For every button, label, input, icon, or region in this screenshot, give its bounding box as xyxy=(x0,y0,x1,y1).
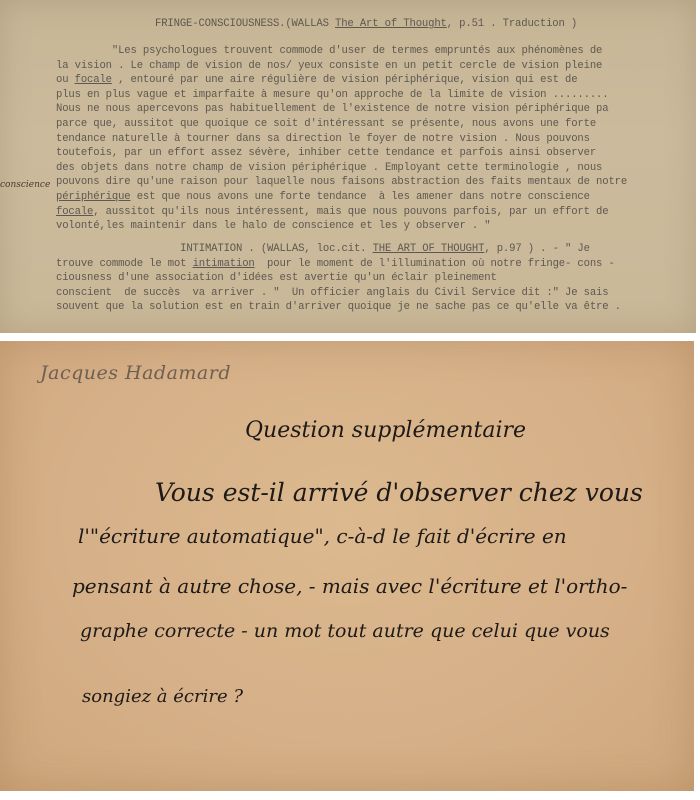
typed-line: toutefois, par un effort assez sévère, i… xyxy=(56,146,627,161)
title-book: The Art of Thought xyxy=(335,18,447,30)
underlined-title: THE ART OF THOUGHT xyxy=(373,243,485,255)
typed-line-part: est que nous avons une forte tendance à … xyxy=(131,191,590,203)
typed-line-part: trouve commode le mot xyxy=(56,258,193,270)
typed-line-part: , p.97 ) . - " Je xyxy=(484,243,590,255)
handwritten-line: songiez à écrire ? xyxy=(82,686,243,707)
typed-line-part: , entouré par une aire régulière de visi… xyxy=(112,74,578,86)
typed-line: ciousness d'une association d'idées est … xyxy=(56,271,621,286)
title-prefix: FRINGE-CONSCIOUSNESS.(WALLAS xyxy=(155,18,335,30)
typed-line: périphérique est que nous avons une fort… xyxy=(56,190,627,205)
underlined-word: périphérique xyxy=(56,191,131,203)
typed-line-part: ou xyxy=(56,74,75,86)
typed-line: tendance naturelle à tourner dans sa dir… xyxy=(56,132,627,147)
sheet-gap xyxy=(0,335,700,340)
typed-paragraph-intimation: INTIMATION . (WALLAS, loc.cit. THE ART O… xyxy=(56,242,621,315)
typed-paragraph-fringe: "Les psychologues trouvent commode d'use… xyxy=(56,44,627,234)
typed-line: "Les psychologues trouvent commode d'use… xyxy=(56,44,627,59)
typed-line-part: INTIMATION . (WALLAS, loc.cit. xyxy=(56,243,373,255)
typed-line: ou focale , entouré par une aire réguliè… xyxy=(56,73,627,88)
typed-line: INTIMATION . (WALLAS, loc.cit. THE ART O… xyxy=(56,242,621,257)
typed-line: conscient de succès va arriver . " Un of… xyxy=(56,286,621,301)
handwritten-line: graphe correcte - un mot tout autre que … xyxy=(80,620,610,642)
typed-title: FRINGE-CONSCIOUSNESS.(WALLAS The Art of … xyxy=(155,17,577,32)
handwritten-title: Question supplémentaire xyxy=(245,418,526,443)
typed-line: souvent que la solution est en train d'a… xyxy=(56,300,621,315)
pencil-signature: Jacques Hadamard xyxy=(40,362,231,384)
typed-line: trouve commode le mot intimation pour le… xyxy=(56,257,621,272)
underlined-word: intimation xyxy=(193,258,255,270)
handwritten-sheet xyxy=(0,341,694,791)
handwritten-line: l'"écriture automatique", c-à-d le fait … xyxy=(78,524,567,548)
underlined-word: focale xyxy=(56,206,93,218)
typed-line: Nous ne nous apercevons pas habituelleme… xyxy=(56,102,627,117)
typed-line-part: pour le moment de l'illumination où notr… xyxy=(255,258,615,270)
typed-line: volonté,les maintenir dans le halo de co… xyxy=(56,219,627,234)
typed-line: la vision . Le champ de vision de nos/ y… xyxy=(56,59,627,74)
typed-line: plus en plus vague et imparfaite à mesur… xyxy=(56,88,627,103)
typed-line: focale, aussitot qu'ils nous intéressent… xyxy=(56,205,627,220)
underlined-word: focale xyxy=(75,74,112,86)
handwritten-line: Vous est-il arrivé d'observer chez vous xyxy=(155,478,643,507)
typed-line: des objets dans notre champ de vision pé… xyxy=(56,161,627,176)
handwritten-line: pensant à autre chose, - mais avec l'écr… xyxy=(72,574,627,598)
typed-line: pouvons dire qu'une raison pour laquelle… xyxy=(56,175,627,190)
title-suffix: , p.51 . Traduction ) xyxy=(447,18,577,30)
typed-line-part: , aussitot qu'ils nous intéressent, mais… xyxy=(93,206,608,218)
typed-line: parce que, aussitot que quoique ce soit … xyxy=(56,117,627,132)
margin-annotation: conscience xyxy=(0,180,50,190)
